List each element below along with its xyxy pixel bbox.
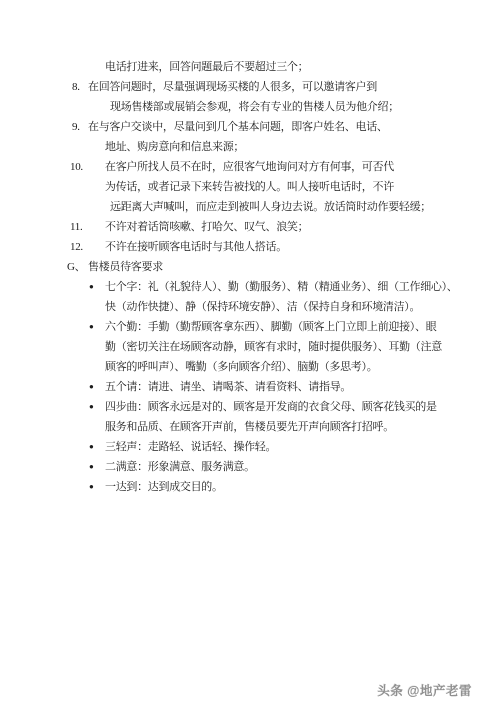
doc-line: 为传话，或者记录下来转告被找的人。叫人接听电话时，不许	[0, 177, 500, 197]
watermark-text: 头条 @地产老雷	[377, 684, 472, 698]
line-text: 在回答问题时，尽量强调现场买楼的人很多，可以邀请客户到	[88, 81, 377, 93]
doc-line: 10.在客户所找人员不在时，应很客气地询问对方有何事，可否代	[0, 157, 500, 177]
doc-line: ●一达到：达到成交目的。	[0, 477, 500, 497]
doc-line: ●七个字：礼（礼貌待人）、勤（勤服务）、精（精通业务）、细（工作细心）、	[0, 277, 500, 297]
doc-line: 勤（密切关注在场顾客动静，顾客有求时，随时提供服务）、耳勤（注意	[0, 337, 500, 357]
doc-line: 服务和品质、在顾客开声前，售楼员要先开声向顾客打招呼。	[0, 417, 500, 437]
line-text: 在与客户交谈中，尽量问到几个基本问题，即客户姓名、电话、	[88, 121, 388, 133]
bullet-icon: ●	[89, 483, 94, 491]
doc-line: 8.在回答问题时，尽量强调现场买楼的人很多，可以邀请客户到	[0, 77, 500, 97]
doc-line: 11.不许对着话筒咳嗽、打哈欠、叹气、浪笑；	[0, 217, 500, 237]
bullet-icon: ●	[89, 443, 94, 451]
line-text: 四步曲：顾客永远是对的、顾客是开发商的衣食父母、顾客花钱买的是	[105, 401, 437, 413]
doc-section-heading: G、售楼员待客要求	[0, 257, 500, 277]
doc-line: ●四步曲：顾客永远是对的、顾客是开发商的衣食父母、顾客花钱买的是	[0, 397, 500, 417]
line-text: 三轻声：走路轻、说话轻、操作轻。	[105, 441, 276, 453]
bullet-icon: ●	[89, 463, 94, 471]
line-text: 服务和品质、在顾客开声前，售楼员要先开声向顾客打招呼。	[105, 421, 394, 433]
line-text: 在客户所找人员不在时，应很客气地询问对方有何事，可否代	[105, 161, 394, 173]
doc-line: 电话打进来，回答问题最后不要超过三个；	[0, 57, 500, 77]
line-text: 远距离大声喊叫，而应走到被叫人身边去说。放话筒时动作要轻缓；	[110, 201, 431, 213]
line-text: 六个勤：手勤（勤帮顾客拿东西）、脚勤（顾客上门立即上前迎接）、眼	[105, 321, 436, 333]
doc-line: 顾客的呼叫声）、嘴勤（多向顾客介绍）、脑勤（多思考）。	[0, 357, 500, 377]
line-text: 不许在接听顾客电话时与其他人搭话。	[105, 241, 287, 253]
line-text: 地址、购房意向和信息来源；	[105, 141, 244, 153]
line-text: 售楼员待客要求	[88, 261, 163, 273]
bullet-icon: ●	[89, 323, 94, 331]
line-text: 快（动作快捷）、静（保持环境安静）、洁（保持自身和环境清洁）。	[105, 301, 420, 313]
doc-line: ●六个勤：手勤（勤帮顾客拿东西）、脚勤（顾客上门立即上前迎接）、眼	[0, 317, 500, 337]
list-number: 10.	[70, 161, 83, 173]
doc-line: ●三轻声：走路轻、说话轻、操作轻。	[0, 437, 500, 457]
doc-line: ●二满意：形象满意、服务满意。	[0, 457, 500, 477]
line-text: 电话打进来，回答问题最后不要超过三个；	[105, 61, 308, 73]
doc-line: 远距离大声喊叫，而应走到被叫人身边去说。放话筒时动作要轻缓；	[0, 197, 500, 217]
line-text: 勤（密切关注在场顾客动静，顾客有求时，随时提供服务）、耳勤（注意	[105, 341, 442, 353]
line-text: 顾客的呼叫声）、嘴勤（多向顾客介绍）、脑勤（多思考）。	[105, 361, 377, 373]
line-text: 七个字：礼（礼貌待人）、勤（勤服务）、精（精通业务）、细（工作细心）、	[105, 281, 458, 293]
line-text: 现场售楼部或展销会参观，将会有专业的售楼人员为他介绍；	[110, 101, 399, 113]
bullet-icon: ●	[89, 403, 94, 411]
list-number: 8.	[72, 81, 80, 93]
watermark: 头条 @地产老雷	[377, 681, 472, 699]
line-text: 不许对着话筒咳嗽、打哈欠、叹气、浪笑；	[105, 221, 308, 233]
document-body: 电话打进来，回答问题最后不要超过三个； 8.在回答问题时，尽量强调现场买楼的人很…	[0, 57, 500, 497]
doc-line: 12.不许在接听顾客电话时与其他人搭话。	[0, 237, 500, 257]
doc-line: 快（动作快捷）、静（保持环境安静）、洁（保持自身和环境清洁）。	[0, 297, 500, 317]
doc-line: 9.在与客户交谈中，尽量问到几个基本问题，即客户姓名、电话、	[0, 117, 500, 137]
document-page: 电话打进来，回答问题最后不要超过三个； 8.在回答问题时，尽量强调现场买楼的人很…	[0, 0, 500, 707]
bullet-icon: ●	[89, 383, 94, 391]
list-number: 11.	[70, 221, 82, 233]
line-text: 二满意：形象满意、服务满意。	[105, 461, 255, 473]
section-label: G、	[67, 261, 85, 273]
doc-line: 现场售楼部或展销会参观，将会有专业的售楼人员为他介绍；	[0, 97, 500, 117]
doc-line: 地址、购房意向和信息来源；	[0, 137, 500, 157]
doc-line: ●五个请：请进、请坐、请喝茶、请看资料、请指导。	[0, 377, 500, 397]
line-text: 一达到：达到成交目的。	[105, 481, 223, 493]
bullet-icon: ●	[89, 283, 94, 291]
list-number: 9.	[72, 121, 80, 133]
line-text: 五个请：请进、请坐、请喝茶、请看资料、请指导。	[105, 381, 351, 393]
list-number: 12.	[70, 241, 83, 253]
line-text: 为传话，或者记录下来转告被找的人。叫人接听电话时，不许	[105, 181, 394, 193]
